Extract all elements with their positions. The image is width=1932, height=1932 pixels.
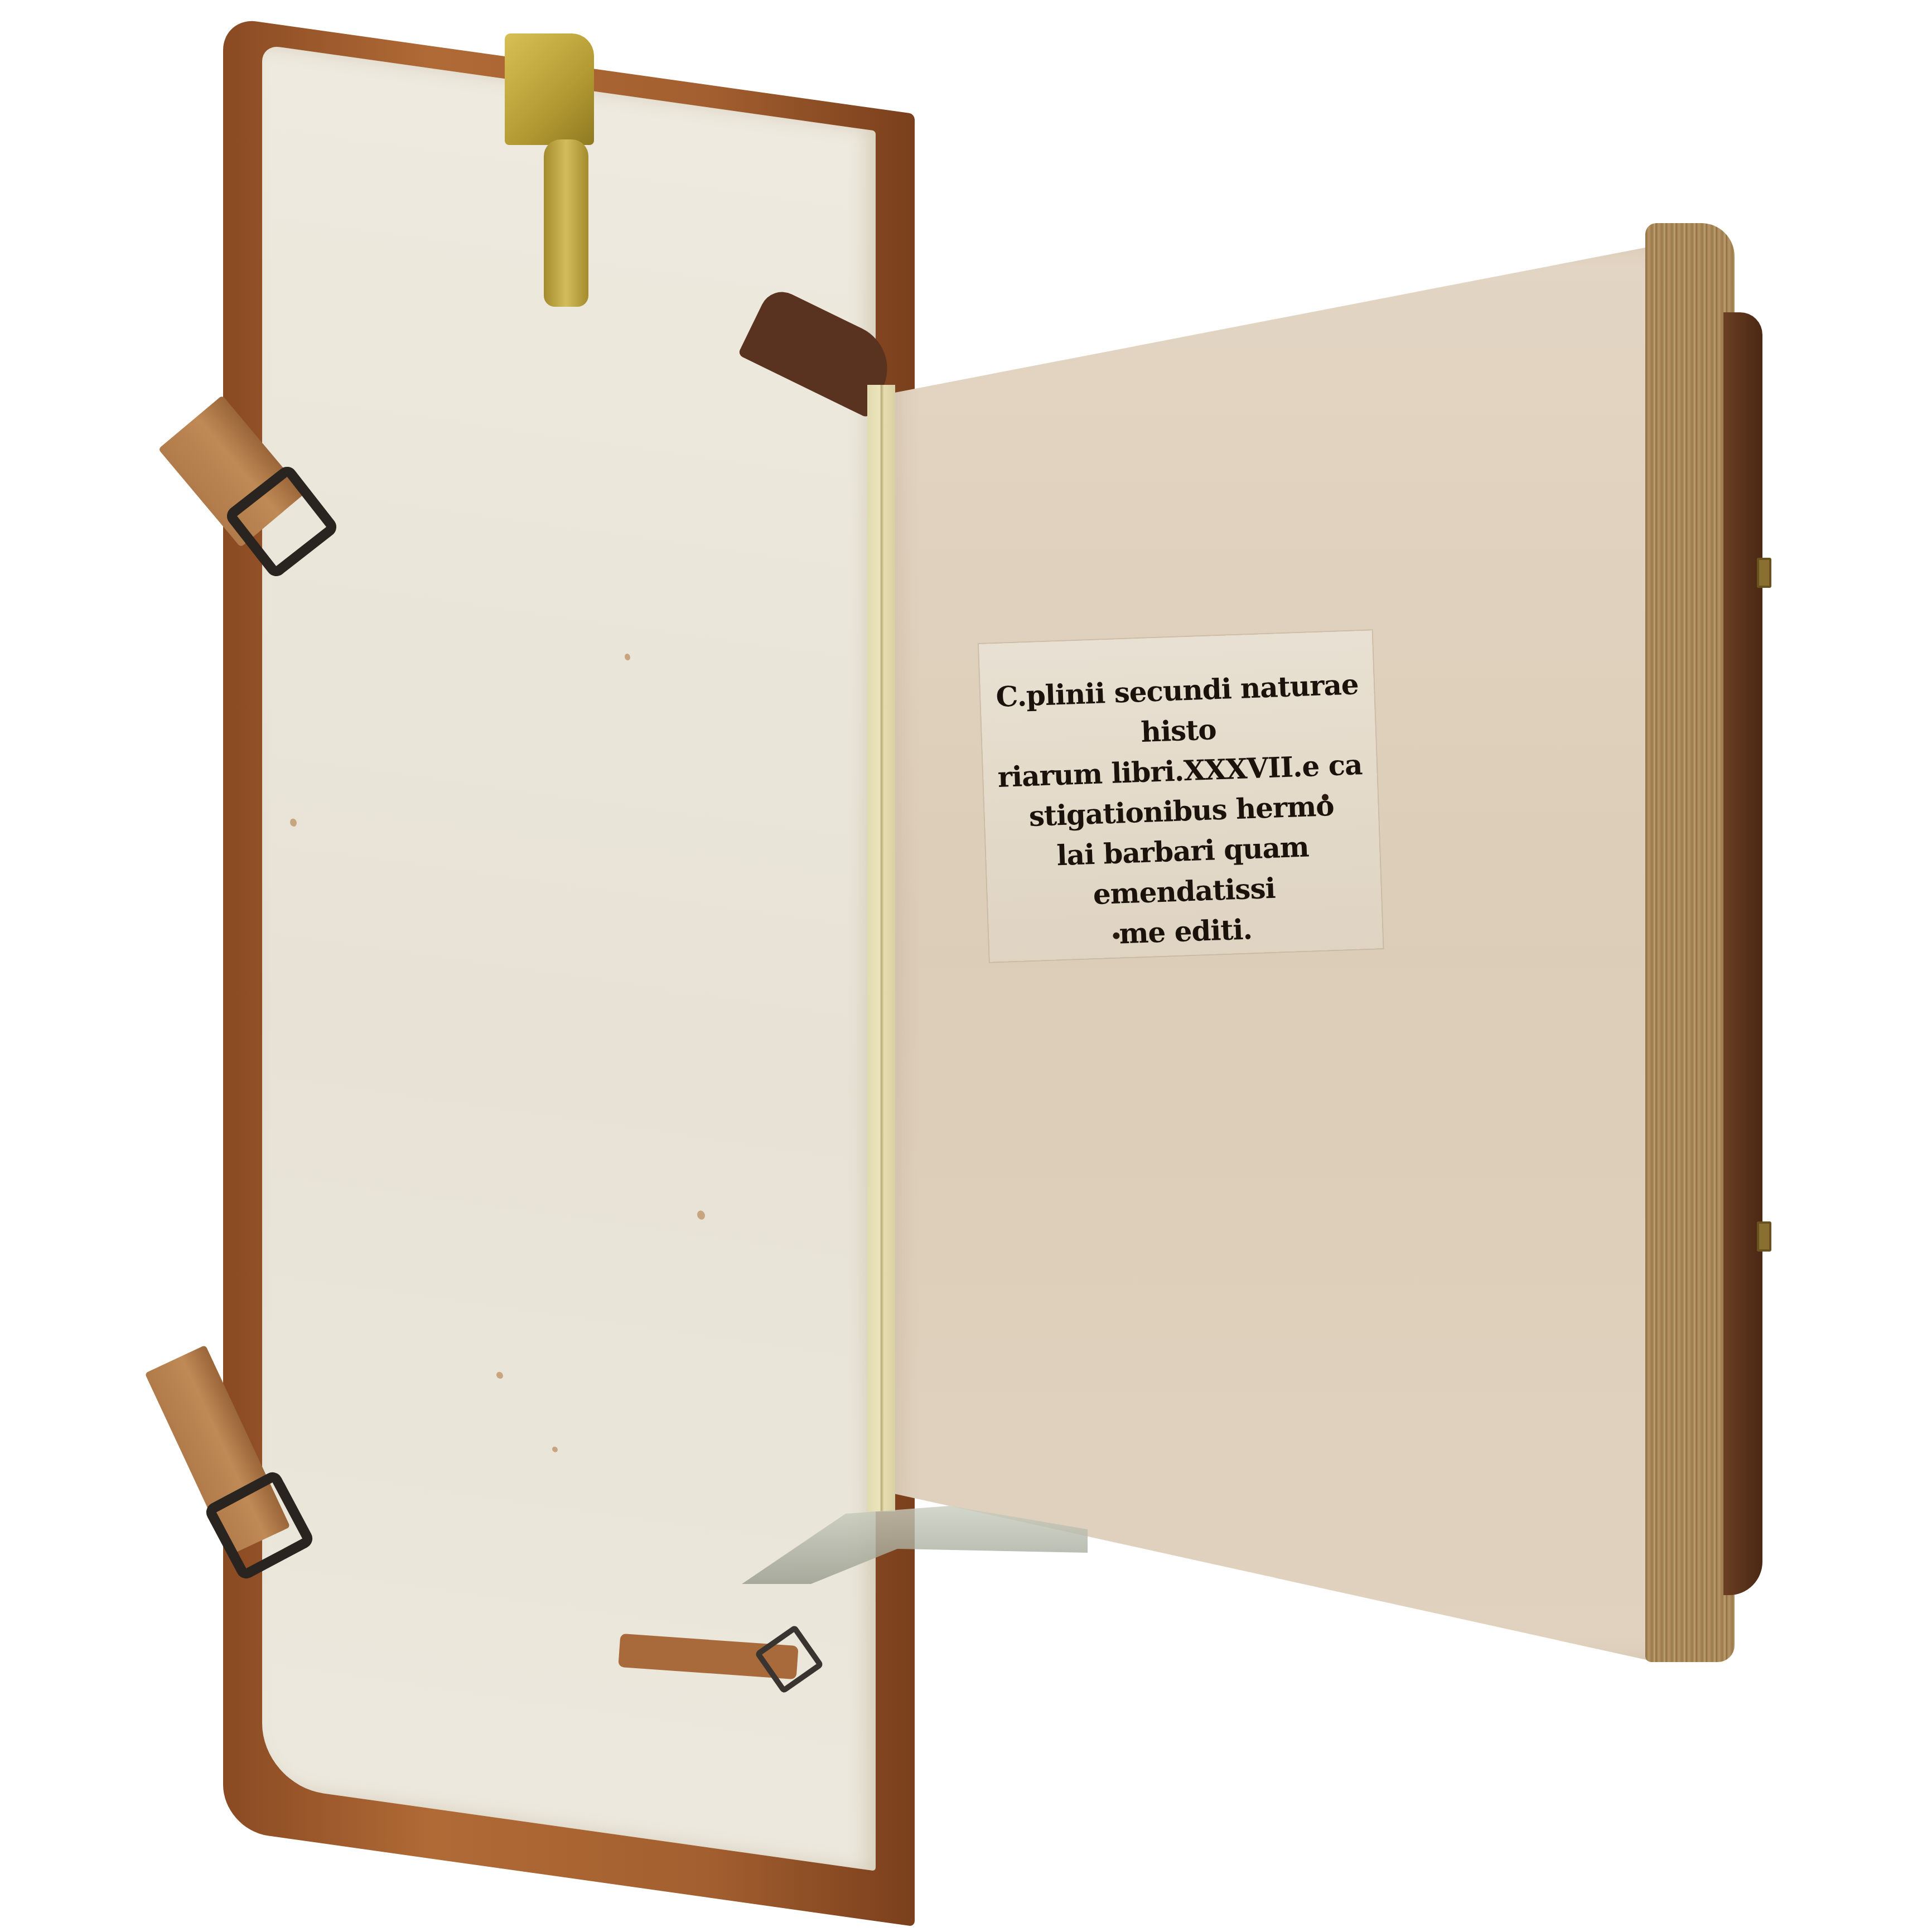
photo-scene: C.plinii secundi naturae histo riarum li… bbox=[0, 0, 1932, 1932]
foxing-spot bbox=[496, 1371, 503, 1379]
foxing-spot bbox=[697, 1210, 705, 1220]
foxing-spot bbox=[552, 1446, 558, 1452]
book-gutter bbox=[867, 385, 895, 1511]
foxing-spot bbox=[290, 818, 297, 827]
foxing-spot bbox=[625, 653, 630, 660]
pasted-title-label: C.plinii secundi naturae histo riarum li… bbox=[979, 630, 1383, 962]
title-line-1: C.plinii secundi naturae histo bbox=[980, 664, 1376, 758]
lower-right-clasp bbox=[1757, 1221, 1771, 1252]
upper-right-clasp bbox=[1757, 558, 1771, 588]
clip-cuff bbox=[505, 33, 594, 145]
fore-edge-text-block bbox=[1645, 223, 1735, 1662]
brass-hand-clip bbox=[505, 33, 600, 312]
title-text: C.plinii secundi naturae histo riarum li… bbox=[980, 664, 1383, 958]
back-board-edge bbox=[1723, 312, 1762, 1595]
clip-hand bbox=[544, 139, 588, 307]
